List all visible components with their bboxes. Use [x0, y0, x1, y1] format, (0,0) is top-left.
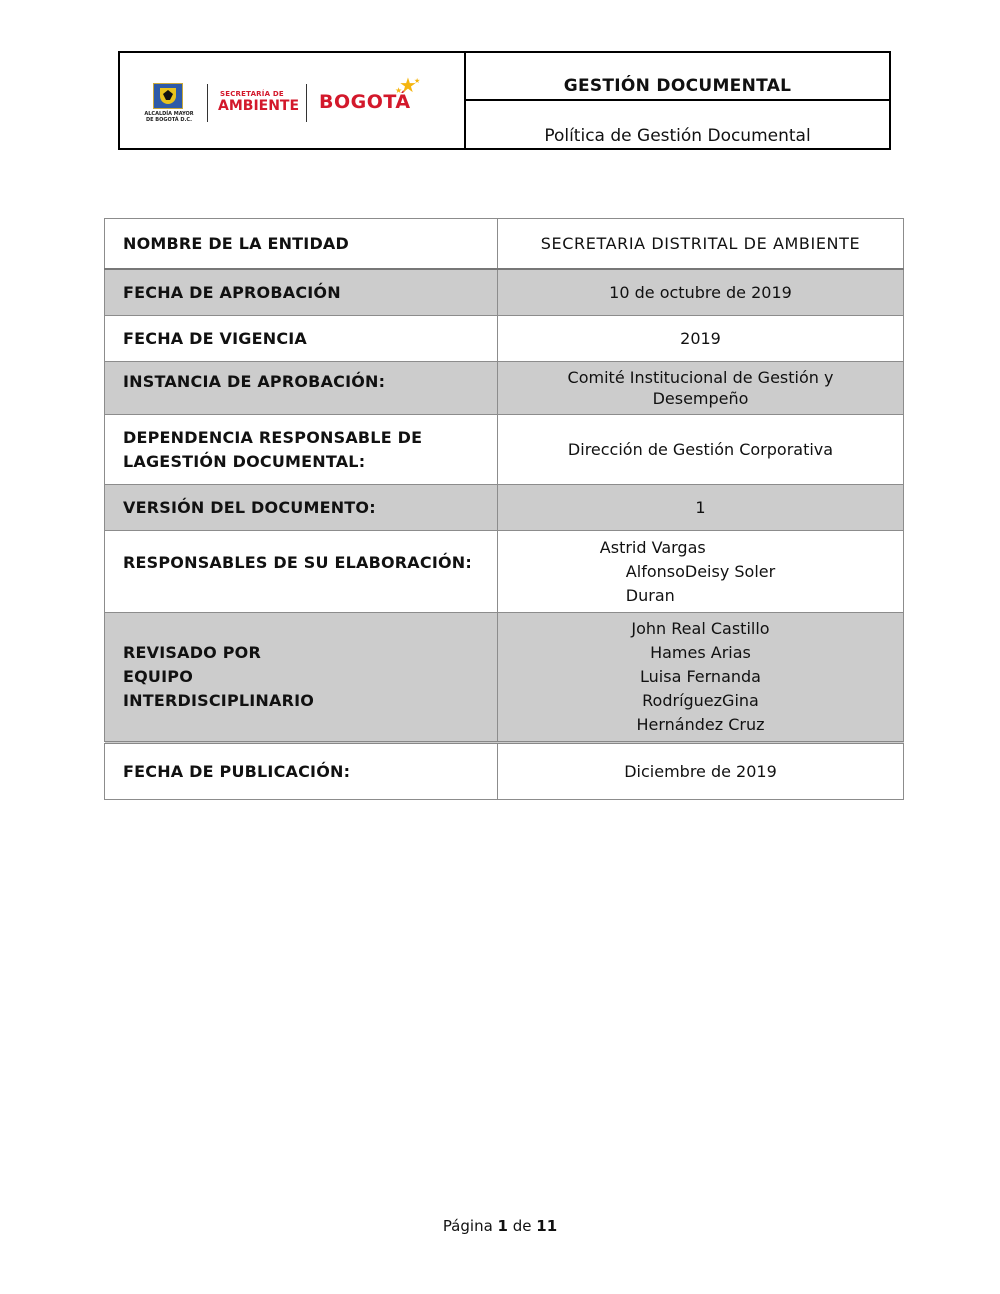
table-row: NOMBRE DE LA ENTIDAD SECRETARIA DISTRITA… [105, 219, 904, 269]
row-label: REVISADO POR EQUIPO INTERDISCIPLINARIO [105, 613, 498, 743]
table-row: FECHA DE VIGENCIA 2019 [105, 316, 904, 362]
row-value: 2019 [498, 316, 904, 362]
table-row: VERSIÓN DEL DOCUMENTO: 1 [105, 485, 904, 531]
table-row: RESPONSABLES DE SU ELABORACIÓN: Astrid V… [105, 531, 904, 613]
row-value: John Real Castillo Hames Arias Luisa Fer… [498, 613, 904, 743]
page-word: Página [443, 1217, 493, 1235]
row-label: DEPENDENCIA RESPONSABLE DE LAGESTIÓN DOC… [105, 415, 498, 485]
page-footer: Página 1 de 11 [0, 1217, 1000, 1235]
logo-divider [207, 84, 208, 122]
table-row: FECHA DE APROBACIÓN 10 de octubre de 201… [105, 269, 904, 316]
authors-list: Astrid Vargas AlfonsoDeisy Soler Duran [626, 536, 775, 608]
table-row: FECHA DE PUBLICACIÓN: Diciembre de 2019 [105, 743, 904, 800]
total-pages: 11 [536, 1217, 557, 1235]
secretaria-label: SECRETARÍA DE [220, 90, 284, 98]
document-info-table: NOMBRE DE LA ENTIDAD SECRETARIA DISTRITA… [104, 218, 904, 800]
row-label: FECHA DE VIGENCIA [105, 316, 498, 362]
logo-divider [306, 84, 307, 122]
document-subtitle: Política de Gestión Documental [466, 101, 889, 148]
row-label: VERSIÓN DEL DOCUMENTO: [105, 485, 498, 531]
bogota-crest-icon [153, 83, 183, 109]
row-label: NOMBRE DE LA ENTIDAD [105, 219, 498, 269]
row-value: Dirección de Gestión Corporativa [498, 415, 904, 485]
row-label: INSTANCIA DE APROBACIÓN: [105, 362, 498, 415]
row-value: Diciembre de 2019 [498, 743, 904, 800]
row-label: FECHA DE PUBLICACIÓN: [105, 743, 498, 800]
alcaldia-label: ALCALDÍA MAYOR DE BOGOTÁ D.C. [140, 111, 198, 123]
star-icon: ★ [414, 77, 420, 85]
of-word: de [513, 1217, 532, 1235]
table-row: INSTANCIA DE APROBACIÓN: Comité Instituc… [105, 362, 904, 415]
current-page: 1 [498, 1217, 508, 1235]
row-label: RESPONSABLES DE SU ELABORACIÓN: [105, 531, 498, 613]
row-value: Comité Institucional de Gestión y Desemp… [498, 362, 904, 415]
header-titles: GESTIÓN DOCUMENTAL Política de Gestión D… [466, 53, 889, 148]
document-title: GESTIÓN DOCUMENTAL [466, 53, 889, 101]
row-label: FECHA DE APROBACIÓN [105, 269, 498, 316]
table-row: DEPENDENCIA RESPONSABLE DE LAGESTIÓN DOC… [105, 415, 904, 485]
logo-block: ALCALDÍA MAYOR DE BOGOTÁ D.C. SECRETARÍA… [120, 53, 466, 148]
row-value: 10 de octubre de 2019 [498, 269, 904, 316]
eagle-icon [163, 90, 173, 100]
star-icon: ★ [395, 86, 402, 95]
table-row: REVISADO POR EQUIPO INTERDISCIPLINARIO J… [105, 613, 904, 743]
ambiente-label: AMBIENTE [218, 98, 299, 114]
row-value: 1 [498, 485, 904, 531]
row-value: Astrid Vargas AlfonsoDeisy Soler Duran [498, 531, 904, 613]
document-header: ALCALDÍA MAYOR DE BOGOTÁ D.C. SECRETARÍA… [118, 51, 891, 150]
row-value: SECRETARIA DISTRITAL DE AMBIENTE [498, 219, 904, 269]
reviewers-list: John Real Castillo Hames Arias Luisa Fer… [508, 617, 893, 737]
